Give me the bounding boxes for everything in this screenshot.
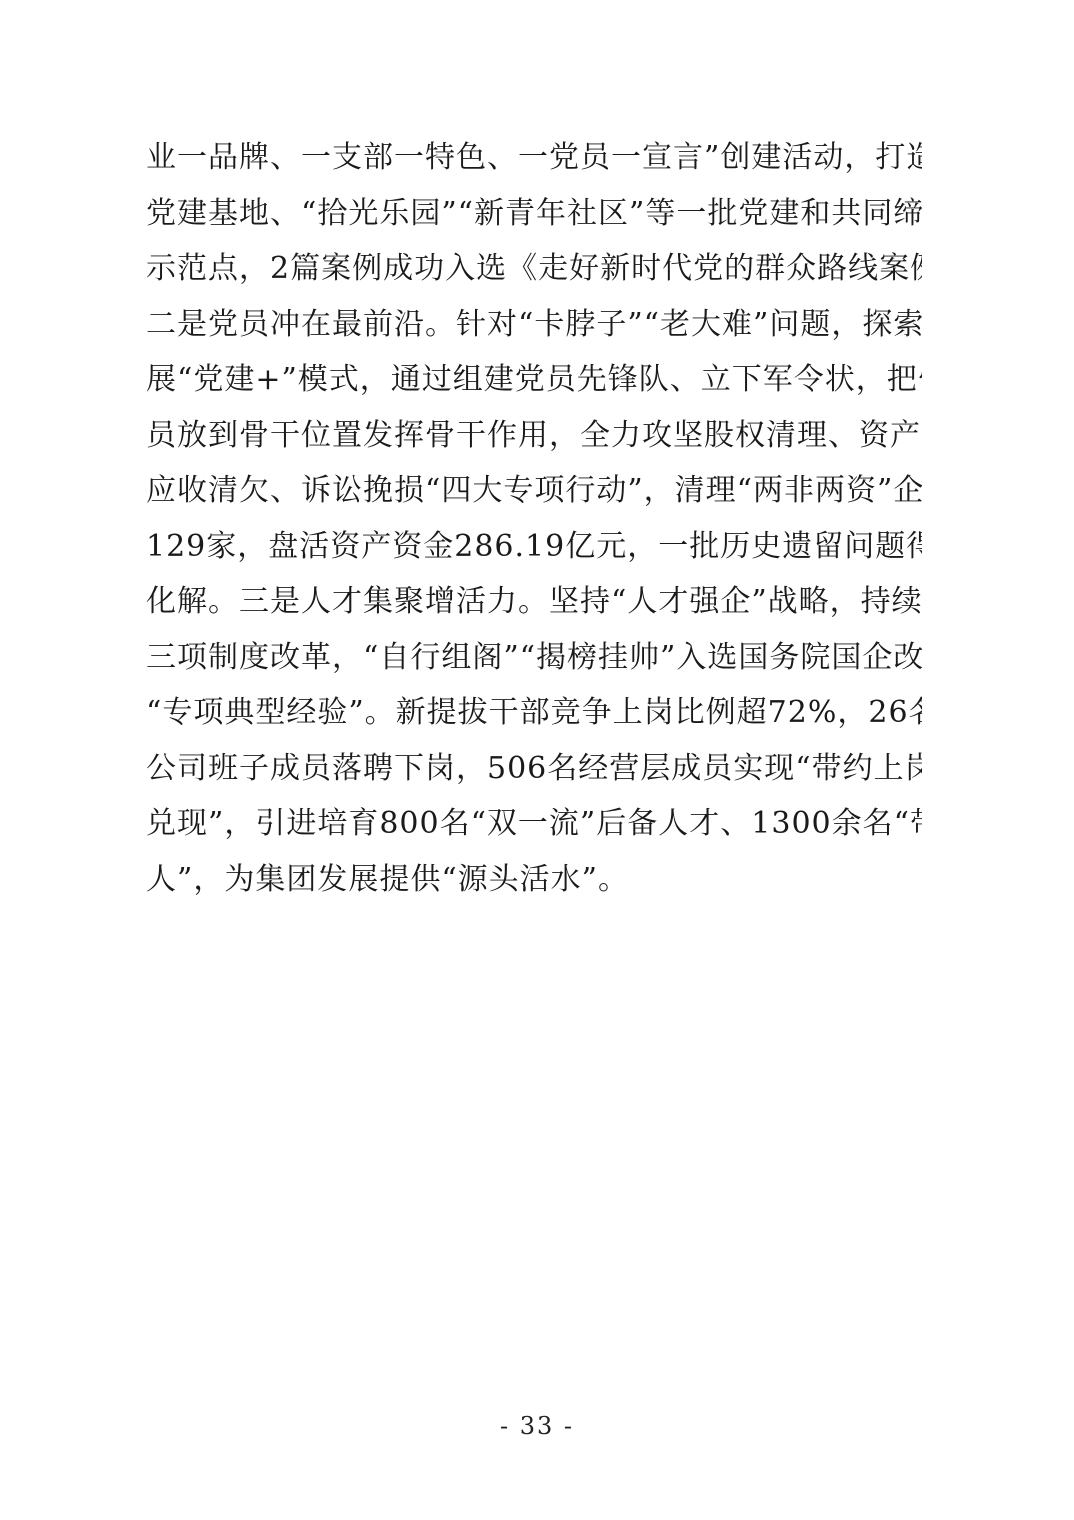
text-line: 化解。三是人才集聚增活力。坚持“人才强企”战略，持续深化 (146, 581, 922, 637)
document-page: 业一品牌、一支部一特色、一党员一宣言”创建活动，打造联投 党建基地、“拾光乐园”… (0, 0, 1074, 1520)
text-line: 129家，盘活资产资金286.19亿元，一批历史遗留问题得到有效 (146, 526, 922, 582)
text-line: 展“党建+”模式，通过组建党员先锋队、立下军令状，把骨干党 (146, 359, 922, 415)
text-line: 示范点，2篇案例成功入选《走好新时代党的群众路线案例选编》。 (146, 248, 922, 304)
body-paragraph: 业一品牌、一支部一特色、一党员一宣言”创建活动，打造联投 党建基地、“拾光乐园”… (146, 137, 922, 914)
text-line: 二是党员冲在最前沿。针对“卡脖子”“老大难”问题，探索开 (146, 304, 922, 360)
text-line: 员放到骨干位置发挥骨干作用，全力攻坚股权清理、资产盘活、 (146, 415, 922, 471)
text-line: 三项制度改革，“自行组阁”“揭榜挂帅”入选国务院国企改革 (146, 637, 922, 693)
page-number: - 33 - (0, 1412, 1074, 1440)
text-line: 业一品牌、一支部一特色、一党员一宣言”创建活动，打造联投 (146, 137, 922, 193)
text-line: 兑现”，引进培育800名“双一流”后备人才、1300余名“带头 (146, 803, 922, 859)
text-line: 公司班子成员落聘下岗，506名经营层成员实现“带约上岗、刚性 (146, 748, 922, 804)
text-line: 应收清欠、诉讼挽损“四大专项行动”，清理“两非两资”企业 (146, 470, 922, 526)
text-line: 党建基地、“拾光乐园”“新青年社区”等一批党建和共同缔造 (146, 193, 922, 249)
text-line: “专项典型经验”。新提拔干部竞争上岗比例超72%，26名二级 (146, 692, 922, 748)
text-line: 人”，为集团发展提供“源头活水”。 (146, 859, 922, 915)
